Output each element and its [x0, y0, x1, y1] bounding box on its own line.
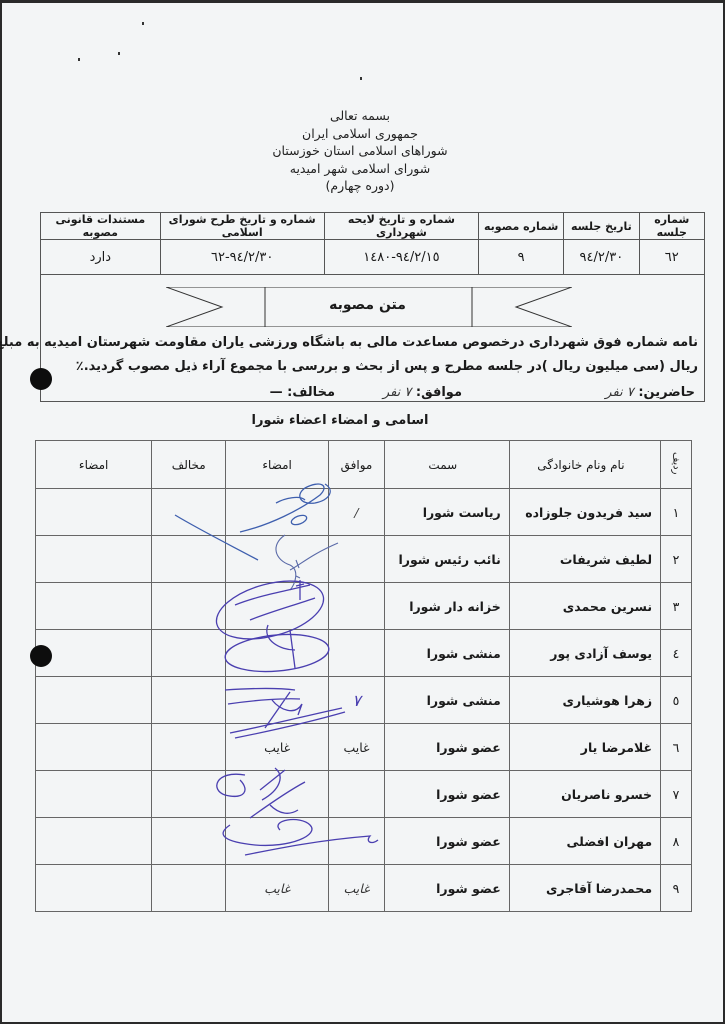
signature-2-cell	[36, 583, 152, 630]
agree-count: موافق: ٧ نفر	[383, 385, 462, 400]
member-name: لطیف شریفات	[509, 536, 660, 583]
oppose-cell	[152, 818, 226, 865]
letterhead-line: شوراهای اسلامی استان خوزستان	[230, 142, 490, 160]
oppose-value: —	[270, 385, 283, 400]
signature-cell	[226, 818, 329, 865]
member-role: منشی شورا	[384, 630, 509, 677]
oppose-cell	[152, 583, 226, 630]
table-row: ٧ خسرو ناصریان عضو شورا	[36, 771, 692, 818]
table-row: ١ سید فریدون جلوزاده ریاست شورا /	[36, 489, 692, 536]
oppose-label: مخالف:	[287, 385, 335, 400]
absent-mark: غایب	[329, 724, 385, 771]
member-role: ریاست شورا	[384, 489, 509, 536]
header-oppose: مخالف	[152, 441, 226, 489]
present-label: حاضرین:	[638, 385, 695, 400]
signature-2-cell	[36, 489, 152, 536]
agree-value: ٧ نفر	[383, 385, 411, 400]
resolution-body: نامه شماره فوق شهرداری درخصوص مساعدت مال…	[46, 331, 698, 379]
members-title: اسامی و امضاء اعضاء شورا	[250, 413, 430, 428]
signature-2-cell	[36, 865, 152, 912]
signature-2-cell	[36, 771, 152, 818]
header-municipal-bill: شماره و تاریخ لایحه شهرداری	[324, 213, 478, 240]
header-council-plan: شماره و تاریخ طرح شورای اسلامی	[160, 213, 324, 240]
absent-mark: غایب	[329, 865, 385, 912]
member-name: خسرو ناصریان	[509, 771, 660, 818]
member-role: عضو شورا	[384, 771, 509, 818]
signature-2-cell	[36, 818, 152, 865]
signature-cell	[226, 677, 329, 724]
absent-mark: غایب	[226, 865, 329, 912]
agree-mark	[329, 771, 385, 818]
member-name: محمدرضا آقاجری	[509, 865, 660, 912]
row-number: ٩	[661, 865, 692, 912]
scan-speck	[142, 22, 144, 25]
header-session-date: تاریخ جلسه	[564, 213, 639, 240]
member-name: نسرین محمدی	[509, 583, 660, 630]
header-signature-2: امضاء	[36, 441, 152, 489]
letterhead-line: (دوره چهارم)	[230, 177, 490, 195]
punch-hole	[30, 368, 52, 390]
letterhead-line: بسمه تعالی	[230, 107, 490, 125]
member-name: مهران افضلی	[509, 818, 660, 865]
resolution-line-2: ریال (سی میلیون ریال )در جلسه مطرح و پس …	[46, 355, 698, 379]
member-role: خزانه دار شورا	[384, 583, 509, 630]
oppose-cell	[152, 724, 226, 771]
row-number: ٦	[661, 724, 692, 771]
table-row: ٤ یوسف آزادی پور منشی شورا	[36, 630, 692, 677]
agree-mark	[329, 583, 385, 630]
agree-mark: /	[329, 489, 385, 536]
member-name: سید فریدون جلوزاده	[509, 489, 660, 536]
row-number-label: ردیف	[671, 452, 682, 474]
oppose-cell	[152, 771, 226, 818]
agree-mark	[329, 818, 385, 865]
signature-cell	[226, 489, 329, 536]
letterhead: بسمه تعالی جمهوری اسلامی ایران شوراهای ا…	[230, 107, 490, 195]
table-row: ٢ لطیف شریفات نائب رئیس شورا	[36, 536, 692, 583]
member-name: زهرا هوشیاری	[509, 677, 660, 724]
member-role: عضو شورا	[384, 818, 509, 865]
agree-mark	[329, 536, 385, 583]
row-number: ٢	[661, 536, 692, 583]
letterhead-line: جمهوری اسلامی ایران	[230, 125, 490, 143]
row-number: ٣	[661, 583, 692, 630]
member-role: نائب رئیس شورا	[384, 536, 509, 583]
resolution-line-1: نامه شماره فوق شهرداری درخصوص مساعدت مال…	[46, 331, 698, 355]
oppose-count: مخالف: —	[270, 385, 335, 400]
row-number: ٧	[661, 771, 692, 818]
header-role: سمت	[384, 441, 509, 489]
signature-2-cell	[36, 630, 152, 677]
oppose-cell	[152, 865, 226, 912]
signature-2-cell	[36, 724, 152, 771]
table-row: ٣ نسرین محمدی خزانه دار شورا	[36, 583, 692, 630]
scan-speck	[78, 58, 80, 61]
scan-speck	[360, 77, 362, 80]
header-resolution-number: شماره مصوبه	[479, 213, 564, 240]
members-header-row: ردیف نام ونام خانوادگی سمت موافق امضاء م…	[36, 441, 692, 489]
row-number: ٨	[661, 818, 692, 865]
signature-2-cell	[36, 677, 152, 724]
letterhead-line: شورای اسلامی شهر امیدیه	[230, 160, 490, 178]
row-number: ١	[661, 489, 692, 536]
header-session-number: شماره جلسه	[639, 213, 704, 240]
present-value: ٧ نفر	[605, 385, 633, 400]
oppose-cell	[152, 630, 226, 677]
oppose-cell	[152, 489, 226, 536]
punch-hole	[30, 645, 52, 667]
header-legal-docs: مستندات قانونی مصوبه	[41, 213, 161, 240]
oppose-cell	[152, 677, 226, 724]
signature-cell	[226, 583, 329, 630]
table-row: ٨ مهران افضلی عضو شورا	[36, 818, 692, 865]
member-role: عضو شورا	[384, 865, 509, 912]
agree-label: موافق:	[416, 385, 462, 400]
table-row: ٦ غلامرضا یار عضو شورا غایب غایب	[36, 724, 692, 771]
table-row: ٩ محمدرضا آقاجری عضو شورا غایب غایب	[36, 865, 692, 912]
signature-cell	[226, 771, 329, 818]
row-number: ٤	[661, 630, 692, 677]
signature-cell	[226, 536, 329, 583]
scan-speck	[118, 52, 120, 55]
header-name: نام ونام خانوادگی	[509, 441, 660, 489]
header-signature: امضاء	[226, 441, 329, 489]
member-name: غلامرضا یار	[509, 724, 660, 771]
header-agree: موافق	[329, 441, 385, 489]
signature-2-cell	[36, 536, 152, 583]
agree-mark: ٧	[329, 677, 385, 724]
agree-mark	[329, 630, 385, 677]
absent-mark: غایب	[226, 724, 329, 771]
row-number: ٥	[661, 677, 692, 724]
member-role: منشی شورا	[384, 677, 509, 724]
member-name: یوسف آزادی پور	[509, 630, 660, 677]
present-count: حاضرین: ٧ نفر	[605, 385, 695, 400]
header-row-number: ردیف	[661, 441, 692, 489]
resolution-title: متن مصوبه	[265, 297, 470, 313]
oppose-cell	[152, 536, 226, 583]
members-table: ردیف نام ونام خانوادگی سمت موافق امضاء م…	[35, 440, 692, 912]
table-row: ٥ زهرا هوشیاری منشی شورا ٧	[36, 677, 692, 724]
member-role: عضو شورا	[384, 724, 509, 771]
signature-cell	[226, 630, 329, 677]
